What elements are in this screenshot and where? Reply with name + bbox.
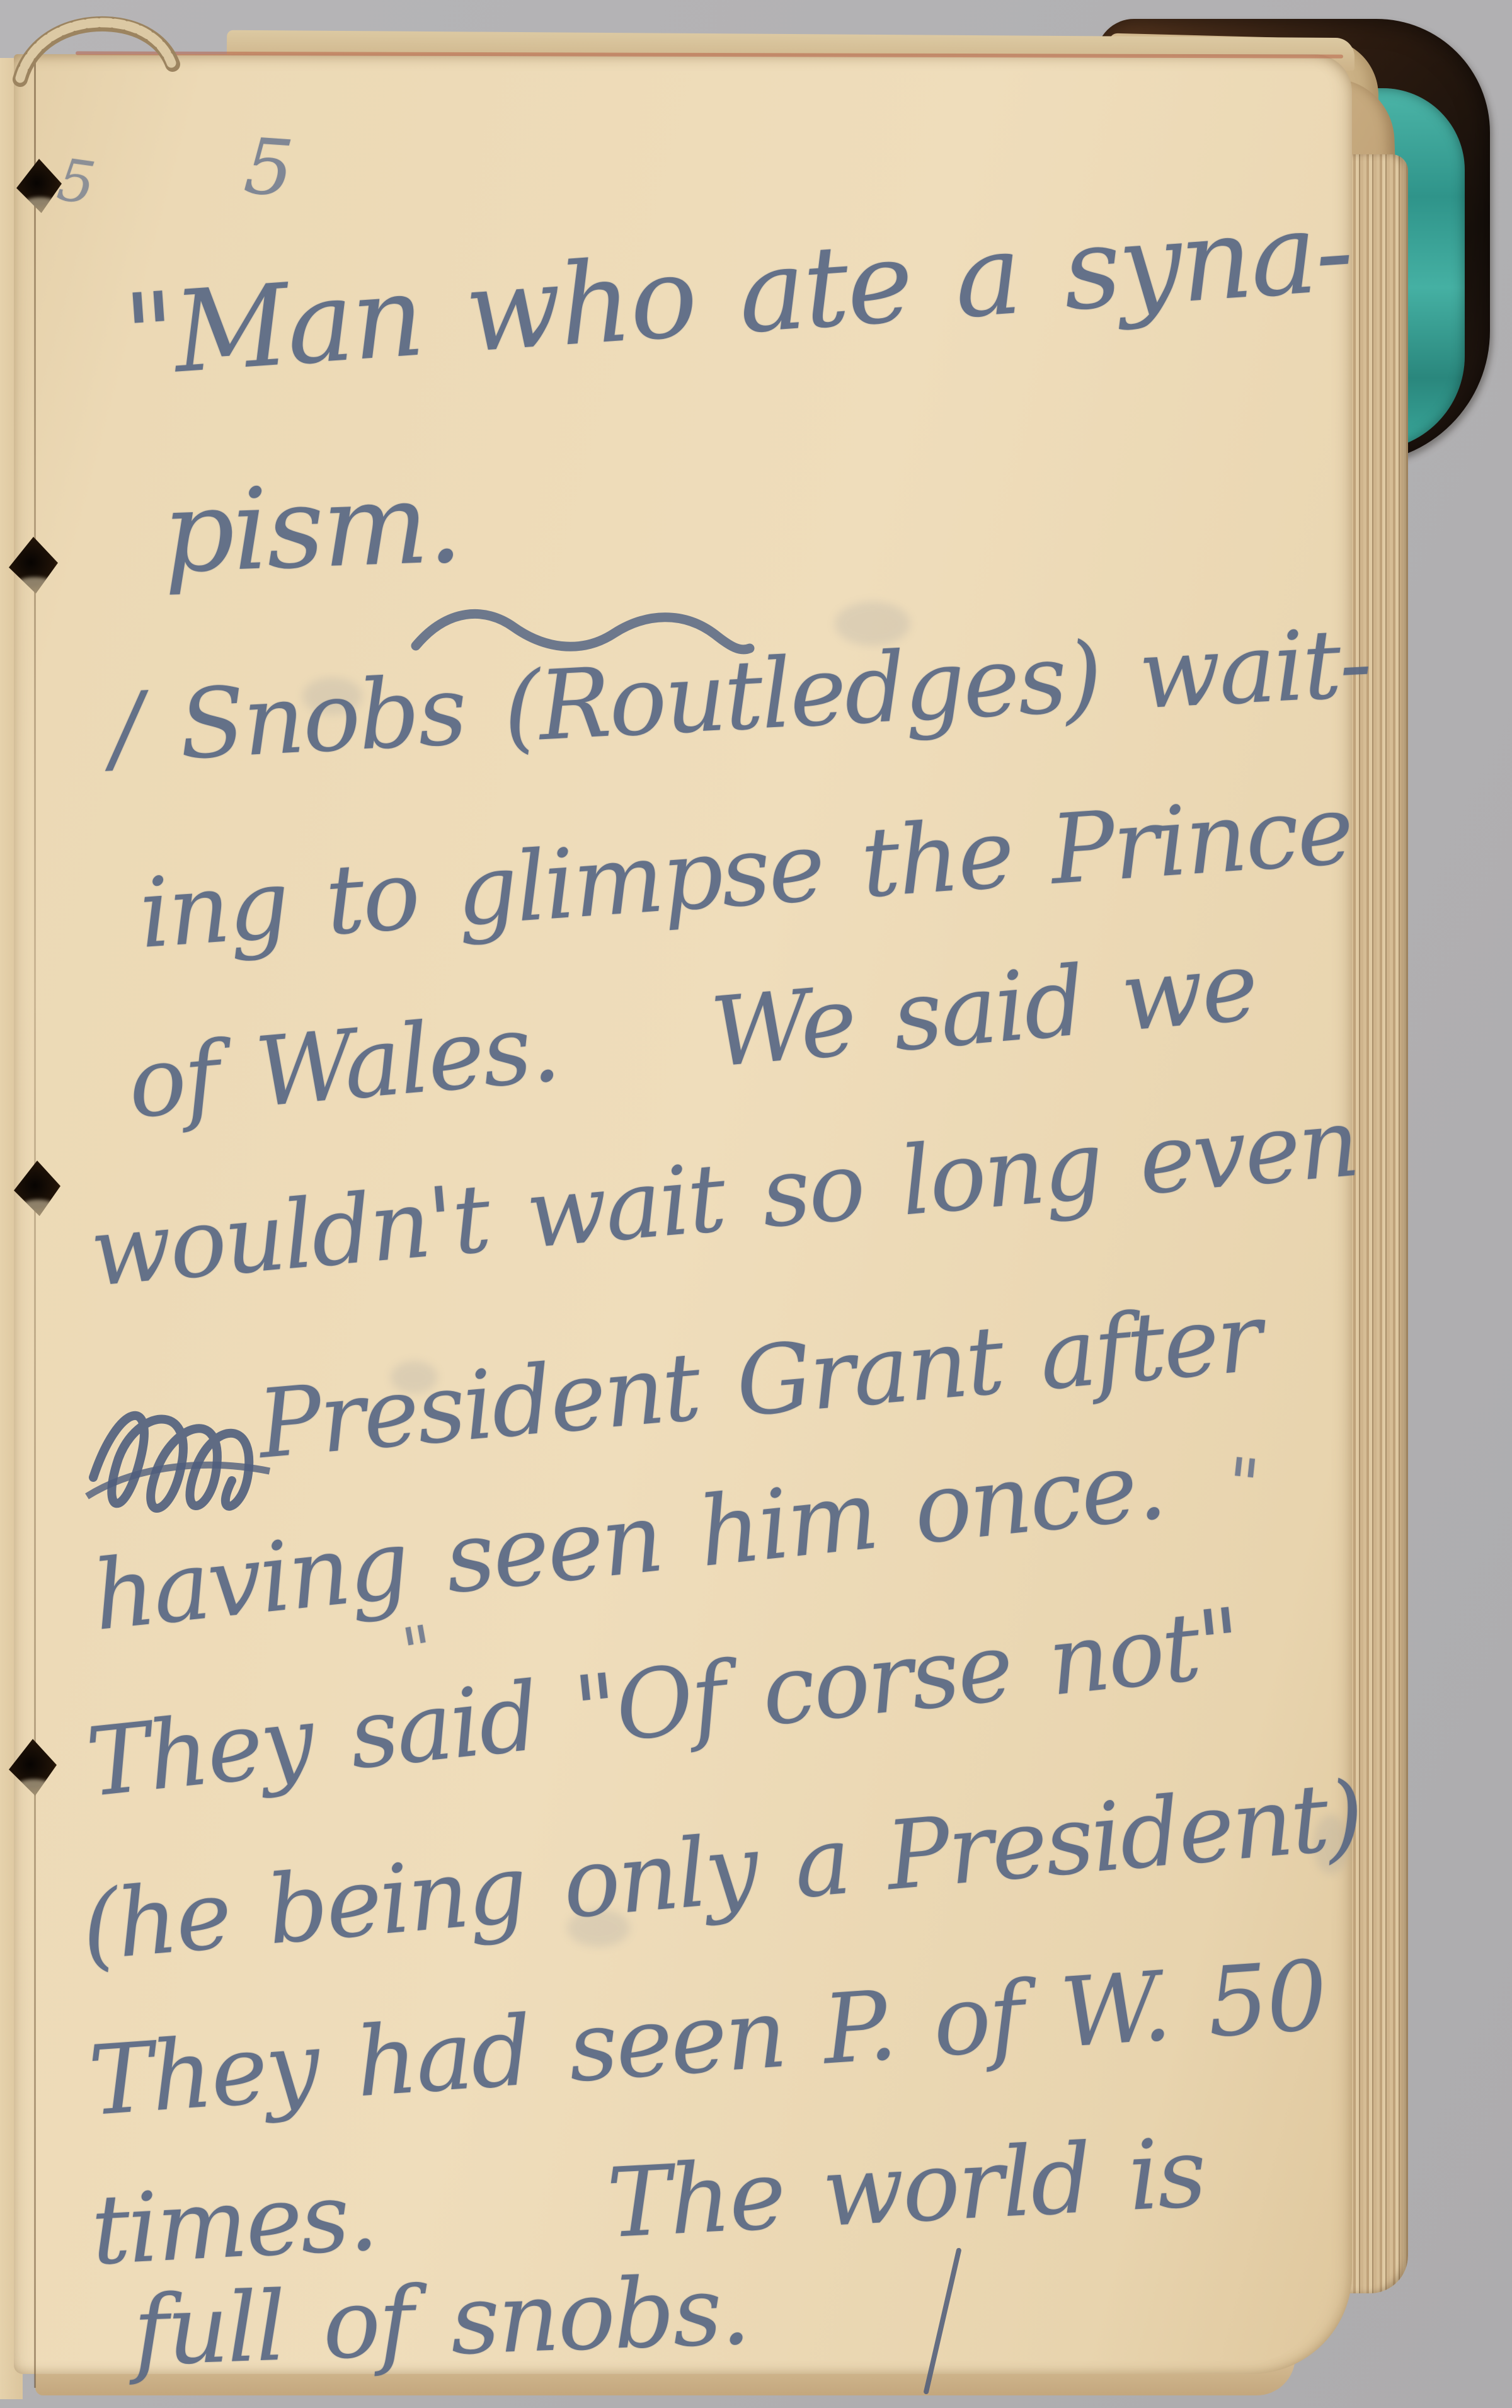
binding-crease <box>34 63 36 2388</box>
scribbled-out-word <box>81 1364 276 1534</box>
handwriting-line: full of snobs. <box>132 2254 750 2387</box>
page-stack-right-edge <box>1347 154 1408 2293</box>
handwriting-line: pism. <box>161 457 463 598</box>
pen-squiggle-mark: 5 <box>241 121 296 214</box>
scanned-notebook-photo: { "document": { "kind": "Handwritten not… <box>0 0 1512 2408</box>
binding-cord <box>11 9 188 91</box>
